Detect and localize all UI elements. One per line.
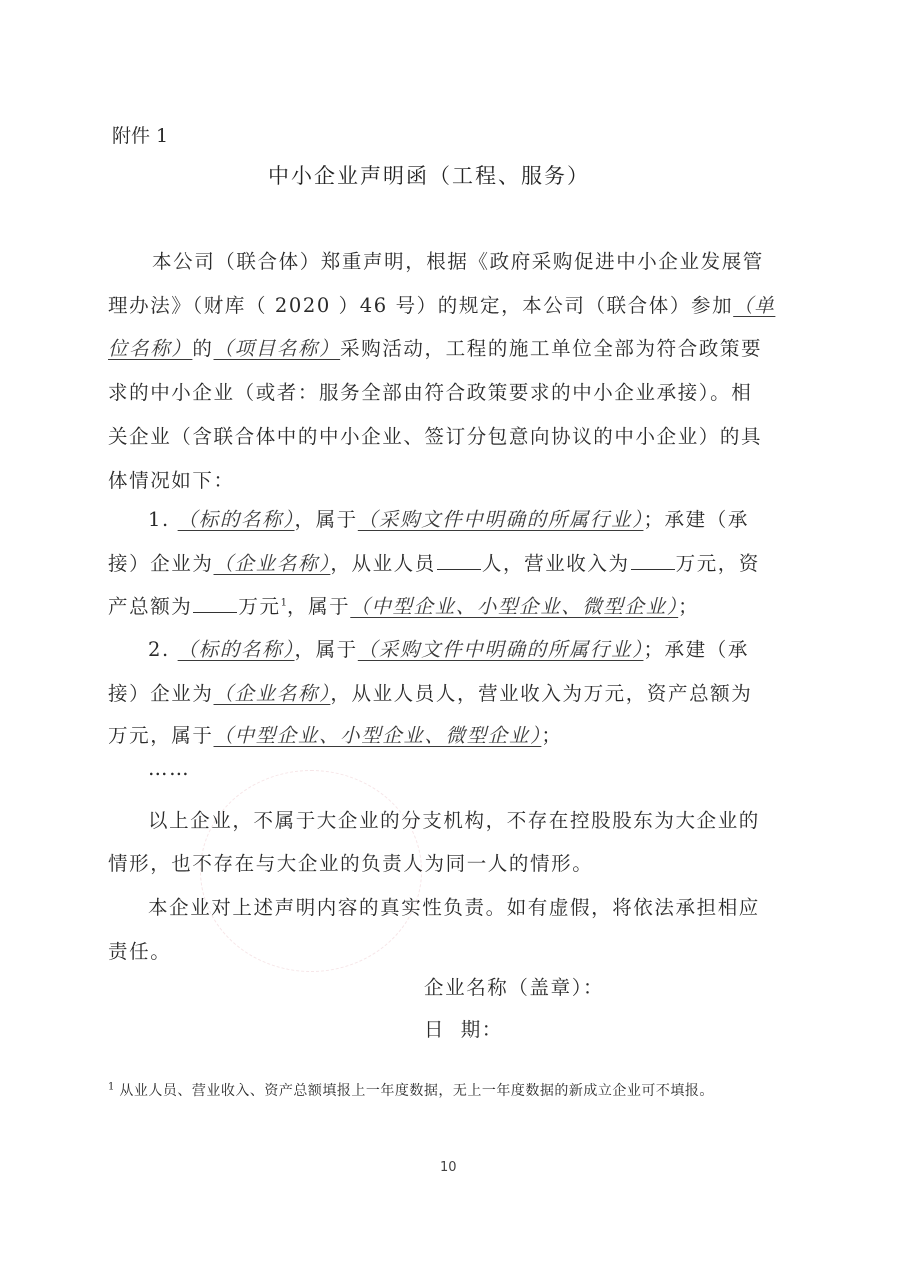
item1-text: 产总额为 (108, 595, 192, 618)
paragraph1-line4: 求的中小企业（或者：服务全部由符合政策要求的中小企业承接）。相 (108, 377, 752, 405)
paragraph1-line5: 关企业（含联合体中的中小企业、签订分包意向协议的中小企业）的具 (108, 421, 762, 449)
item2-line1: 2. （标的名称），属于（采购文件中明确的所属行业）；承建（承 (148, 634, 749, 662)
footnote-marker: 1 (108, 1081, 114, 1092)
item2-text: 万元，属于 (108, 724, 214, 747)
item1-size: （中型企业、小型企业、微型企业） (350, 595, 678, 618)
item1-line1: 1. （标的名称），属于（采购文件中明确的所属行业）；承建（承 (148, 504, 749, 532)
paragraph1-line2: 理办法》（财库（ 2020 ）46 号）的规定，本公司（联合体）参加（单 (108, 290, 775, 318)
item2-subject: （标的名称） (178, 638, 295, 661)
fill-project-name: （项目名称） (214, 337, 341, 360)
item2-text: ，从业人员人，营业收入为万元，资产总额为 (330, 682, 752, 705)
assets-blank (193, 611, 237, 613)
item1-text: 人，营业收入为 (482, 552, 630, 575)
revenue-blank (631, 568, 675, 570)
paragraph2-line1: 以上企业，不属于大企业的分支机构，不存在控股股东为大企业的 (148, 805, 760, 833)
item2-text: ；承建（承 (643, 638, 749, 661)
fill-unit-name-part1: （单 (733, 294, 775, 317)
paragraph3-line2: 责任。 (108, 936, 171, 964)
item1-text: 万元，资 (676, 552, 760, 575)
item1-number: 1. (148, 508, 170, 531)
page-title: 中小企业声明函（工程、服务） (268, 160, 590, 190)
ellipsis: …… (148, 757, 190, 780)
item1-company: （企业名称） (214, 552, 331, 575)
item1-line3: 产总额为万元1，属于（中型企业、小型企业、微型企业）； (108, 591, 699, 619)
paragraph2-line2: 情形，也不存在与大企业的负责人为同一人的情形。 (108, 848, 593, 876)
item2-company: （企业名称） (214, 682, 331, 705)
item1-text: ，从业人员 (330, 552, 436, 575)
page-number: 10 (440, 1160, 457, 1175)
paragraph1-line3-text: 采购活动，工程的施工单位全部为符合政策要 (340, 337, 762, 360)
fill-unit-name-part2: 位名称） (108, 337, 192, 360)
company-seal-label: 企业名称（盖章）： (424, 972, 604, 1000)
footnote: 1 从业人员、营业收入、资产总额填报上一年度数据，无上一年度数据的新成立企业可不… (108, 1080, 714, 1100)
item1-subject: （标的名称） (178, 508, 295, 531)
item1-text: ；承建（承 (643, 508, 749, 531)
item2-text: 接）企业为 (108, 682, 214, 705)
item1-industry: （采购文件中明确的所属行业） (358, 508, 644, 531)
paragraph1-line1: 本公司（联合体）郑重声明，根据《政府采购促进中小企业发展管 (152, 246, 764, 274)
item2-text: ； (541, 724, 562, 747)
item2-size: （中型企业、小型企业、微型企业） (214, 724, 542, 747)
item2-industry: （采购文件中明确的所属行业） (358, 638, 644, 661)
date-label: 日 期： (424, 1014, 503, 1042)
item2-line2: 接）企业为（企业名称），从业人员人，营业收入为万元，资产总额为 (108, 678, 752, 706)
paragraph3-line1: 本企业对上述声明内容的真实性负责。如有虚假，将依法承担相应 (148, 892, 760, 920)
item1-text: ，属于 (294, 508, 357, 531)
attachment-label: 附件 1 (112, 121, 168, 148)
paragraph1-line3: 位名称）的（项目名称）采购活动，工程的施工单位全部为符合政策要 (108, 333, 762, 361)
footnote-text: 从业人员、营业收入、资产总额填报上一年度数据，无上一年度数据的新成立企业可不填报… (119, 1083, 714, 1099)
item2-number: 2. (148, 638, 170, 661)
item2-text: ，属于 (294, 638, 357, 661)
employees-blank (437, 568, 481, 570)
paragraph1-line2-text: 理办法》（财库（ 2020 ）46 号）的规定，本公司（联合体）参加 (108, 294, 733, 317)
item1-text: ； (678, 595, 699, 618)
item1-text: 接）企业为 (108, 552, 214, 575)
paragraph1-text-de: 的 (192, 337, 213, 360)
item1-text: ，属于 (287, 595, 350, 618)
paragraph1-line6: 体情况如下： (108, 465, 235, 493)
item1-line2: 接）企业为（企业名称），从业人员人，营业收入为万元，资 (108, 548, 760, 576)
item2-line3: 万元，属于（中型企业、小型企业、微型企业）； (108, 720, 562, 748)
item1-text: 万元 (238, 595, 280, 618)
